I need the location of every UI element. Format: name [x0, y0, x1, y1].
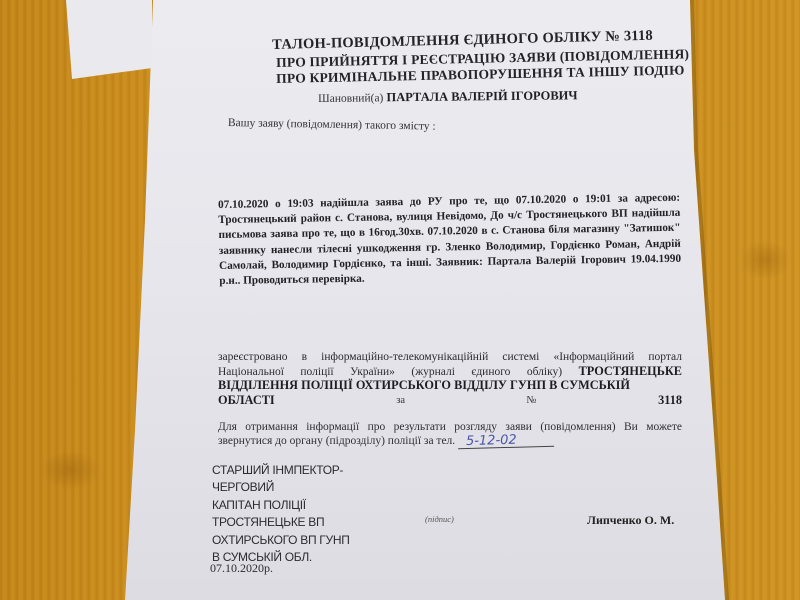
position-line: ОХТИРСЬКОГО ВП ГУНП	[212, 532, 350, 549]
signature-label: (підпис)	[425, 514, 454, 524]
document-date: 07.10.2020р.	[210, 561, 273, 576]
intro-text: Вашу заяву (повідомлення) такого змісту …	[228, 117, 436, 133]
statement-text: 07.10.2020 о 19:03 надійшла заява до РУ …	[218, 191, 681, 289]
registration-block: зареєстровано в інформаційно-телекомунік…	[218, 351, 682, 407]
police-notification-document: ТАЛОН-ПОВІДОМЛЕННЯ ЄДИНОГО ОБЛІКУ № 3118…	[0, 0, 800, 600]
registration-for-label: за	[396, 394, 405, 408]
position-line: СТАРШИЙ ІНМПЕКТОР-	[212, 462, 350, 479]
registration-number-label: №	[527, 394, 537, 408]
position-line: ТРОСТЯНЕЦЬКЕ ВП	[212, 514, 350, 531]
registration-unit-end: ОБЛАСТІ	[218, 394, 275, 408]
signer-name: Липченко О. М.	[587, 513, 674, 528]
registration-number-row: ОБЛАСТІ за № 3118	[218, 394, 682, 408]
contact-text: Для отримання інформації про результати …	[218, 421, 682, 447]
addressee-name: ПАРТАЛА ВАЛЕРІЙ ІГОРОВИЧ	[386, 88, 577, 104]
officer-position: СТАРШИЙ ІНМПЕКТОР- ЧЕРГОВИЙ КАПІТАН ПОЛІ…	[212, 462, 350, 566]
registration-number: 3118	[658, 394, 682, 408]
contact-block: Для отримання інформації про результати …	[218, 420, 682, 448]
position-line: ЧЕРГОВИЙ	[212, 479, 350, 496]
position-line: КАПІТАН ПОЛІЦІЇ	[212, 497, 350, 514]
handwritten-phone-number: 5-12-02	[458, 434, 554, 450]
addressee: Шановний(а) ПАРТАЛА ВАЛЕРІЙ ІГОРОВИЧ	[318, 88, 578, 106]
addressee-label: Шановний(а)	[318, 92, 383, 105]
